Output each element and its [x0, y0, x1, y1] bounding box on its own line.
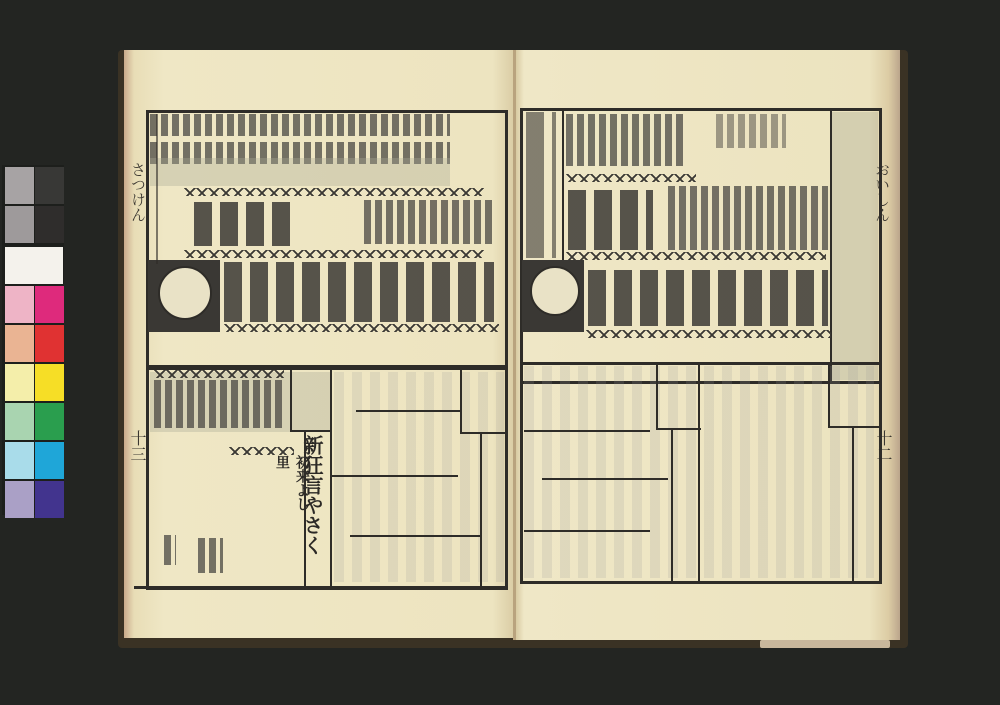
- right-page: おいしん 十二: [516, 50, 900, 640]
- rule: [671, 428, 673, 582]
- zigzag-divider-2: [566, 252, 826, 260]
- swatch-violet: [35, 481, 64, 518]
- swatch-yellow: [35, 364, 64, 401]
- lead-actor-names: [224, 262, 494, 322]
- rule: [350, 535, 480, 537]
- rule: [542, 478, 668, 480]
- rule: [828, 426, 880, 428]
- swatch-cyan-light: [5, 442, 34, 479]
- rule: [330, 475, 458, 477]
- rule: [330, 368, 332, 588]
- swatch-black: [35, 206, 64, 243]
- zigzag-divider-2: [184, 250, 484, 258]
- rule: [304, 430, 306, 588]
- rule: [356, 410, 461, 412]
- lead-actor-names: [588, 270, 828, 326]
- actor-names-bold: [568, 190, 653, 250]
- actor-names-small: [668, 186, 828, 250]
- small-text-rows: [566, 114, 686, 166]
- swatch-cyan: [35, 442, 64, 479]
- family-crest-icon: [158, 266, 212, 320]
- swatch-gray-light: [5, 167, 34, 204]
- zigzag-divider: [184, 188, 484, 196]
- swatch-violet-light: [5, 481, 34, 518]
- new-play-title: 新狂言やさく: [298, 435, 327, 585]
- rule: [480, 432, 482, 586]
- swatch-green-light: [5, 403, 34, 440]
- swatch-yellow-light: [5, 364, 34, 401]
- rule: [562, 110, 564, 260]
- crest-box: [522, 260, 584, 332]
- cast-list: [154, 380, 284, 428]
- zigzag-divider: [566, 174, 696, 182]
- rule: [460, 432, 506, 434]
- rule: [828, 362, 830, 428]
- rule: [290, 430, 332, 432]
- swatch-peach: [5, 325, 34, 362]
- rule: [656, 362, 658, 428]
- swatch-magenta: [35, 286, 64, 323]
- actor-names-small: [364, 200, 494, 244]
- rule: [524, 530, 650, 532]
- zigzag-divider-3: [586, 330, 831, 338]
- rule: [290, 368, 292, 430]
- zigzag-divider-3: [224, 324, 499, 332]
- book-bottom-edge: [760, 640, 890, 648]
- small-text-rows-2: [716, 114, 786, 148]
- signature-mark: [164, 535, 176, 565]
- bottom-rule: [134, 586, 508, 589]
- swatch-gray-mid: [5, 206, 34, 243]
- margin-shade: [832, 112, 878, 380]
- left-page: さつけん 十三 初来よし里 新狂言やさく: [124, 50, 516, 638]
- rule: [656, 428, 701, 430]
- rule: [524, 430, 650, 432]
- title-box-shade: [290, 372, 332, 432]
- actor-names-bold: [194, 202, 294, 246]
- rule: [698, 362, 700, 582]
- shaded-band: [150, 158, 450, 186]
- show-through-print: [334, 372, 504, 582]
- swatch-gray-dark: [35, 167, 64, 204]
- swatch-pink-light: [5, 286, 34, 323]
- zigzag-small: [229, 447, 294, 455]
- swatch-white: [5, 247, 63, 284]
- rule: [852, 426, 854, 582]
- publisher-mark: [198, 538, 223, 573]
- family-crest-icon: [530, 266, 580, 316]
- theatre-name-column: [526, 112, 556, 258]
- rule: [460, 368, 462, 433]
- color-calibration-chart: [2, 165, 64, 515]
- swatch-red: [35, 325, 64, 362]
- swatch-green: [35, 403, 64, 440]
- zigzag-top: [154, 370, 284, 378]
- crest-box: [148, 260, 220, 332]
- rule: [156, 114, 158, 264]
